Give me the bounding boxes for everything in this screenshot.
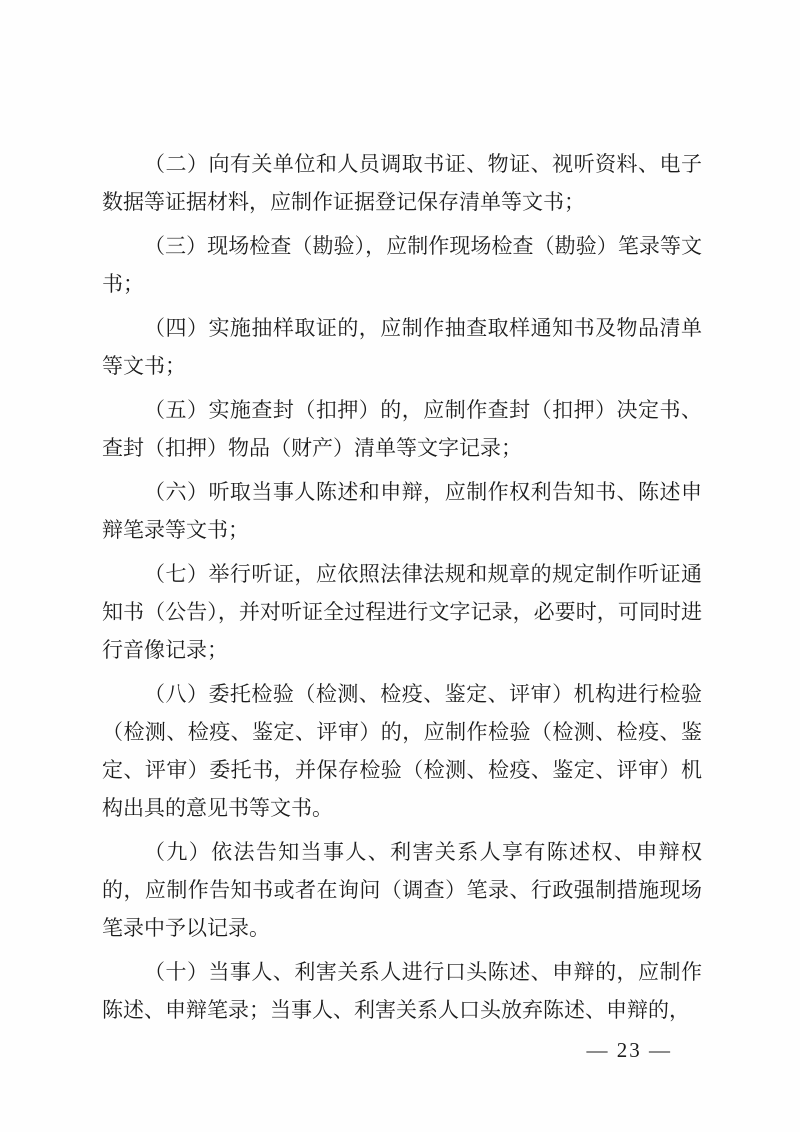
clause-7: （七）举行听证，应依照法律法规和规章的规定制作听证通知书（公告），并对听证全过程… — [102, 555, 702, 669]
page-number: — 23 — — [587, 1036, 673, 1064]
clause-9: （九）依法告知当事人、利害关系人享有陈述权、申辩权的，应制作告知书或者在询问（调… — [102, 833, 702, 947]
clause-5: （五）实施查封（扣押）的，应制作查封（扣押）决定书、查封（扣押）物品（财产）清单… — [102, 391, 702, 467]
document-page: （二）向有关单位和人员调取书证、物证、视听资料、电子数据等证据材料，应制作证据登… — [0, 0, 800, 1132]
clause-4: （四）实施抽样取证的，应制作抽查取样通知书及物品清单等文书； — [102, 309, 702, 385]
clause-10: （十）当事人、利害关系人进行口头陈述、申辩的，应制作陈述、申辩笔录；当事人、利害… — [102, 953, 702, 1029]
clause-2: （二）向有关单位和人员调取书证、物证、视听资料、电子数据等证据材料，应制作证据登… — [102, 145, 702, 221]
document-body: （二）向有关单位和人员调取书证、物证、视听资料、电子数据等证据材料，应制作证据登… — [102, 145, 702, 1035]
clause-8: （八）委托检验（检测、检疫、鉴定、评审）机构进行检验（检测、检疫、鉴定、评审）的… — [102, 675, 702, 827]
clause-3: （三）现场检查（勘验），应制作现场检查（勘验）笔录等文书； — [102, 227, 702, 303]
clause-6: （六）听取当事人陈述和申辩，应制作权利告知书、陈述申辩笔录等文书； — [102, 473, 702, 549]
